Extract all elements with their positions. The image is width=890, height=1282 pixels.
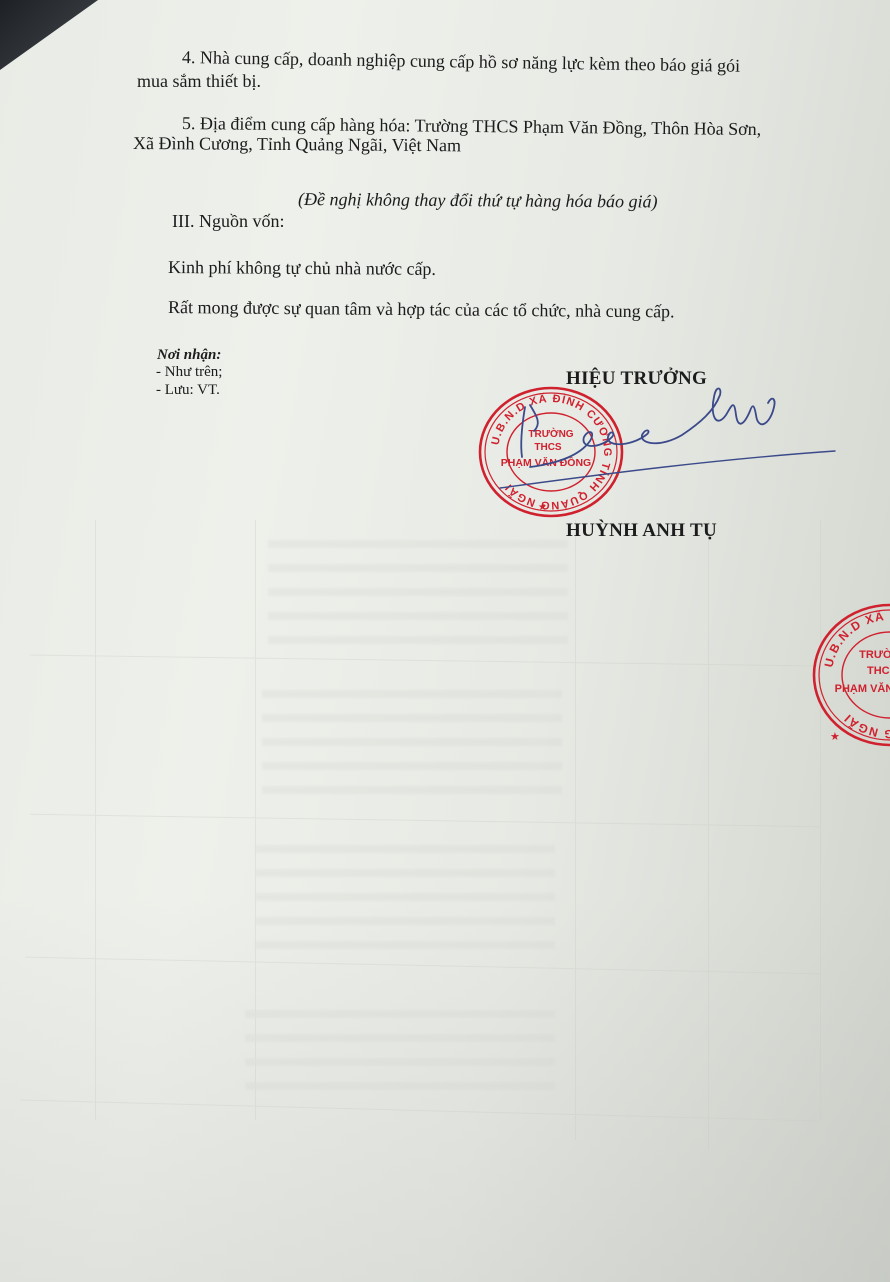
svg-text:★: ★ <box>538 502 547 513</box>
partial-seal-icon: U.B.N.D XÃ ĐÌNH CƯƠNG TỈNH QUẢNG NGÃI TR… <box>812 600 890 750</box>
svg-text:TRƯỜNG: TRƯỜNG <box>859 648 890 661</box>
closing-text: Rất mong được sự quan tâm và hợp tác của… <box>168 296 675 322</box>
handwritten-signature <box>470 385 840 495</box>
svg-text:★: ★ <box>830 731 840 743</box>
section-3-heading: III. Nguồn vốn: <box>172 210 284 232</box>
recipients-title: Nơi nhận: <box>157 346 221 364</box>
ordering-note: (Đề nghị không thay đổi thứ tự hàng hóa … <box>298 188 658 213</box>
svg-text:THCS: THCS <box>867 665 890 677</box>
recipient-line: - Lưu: VT. <box>156 381 220 399</box>
item-4-continuation: mua sắm thiết bị. <box>137 70 261 92</box>
item-5-continuation: Xã Đình Cương, Tỉnh Quảng Ngãi, Việt Nam <box>133 132 461 156</box>
signatory-name: HUỲNH ANH TỤ <box>566 520 717 542</box>
funding-source-text: Kinh phí không tự chủ nhà nước cấp. <box>168 256 436 280</box>
recipient-line: - Như trên; <box>156 363 222 381</box>
svg-text:PHẠM VĂN ĐỒNG: PHẠM VĂN ĐỒNG <box>835 682 890 695</box>
